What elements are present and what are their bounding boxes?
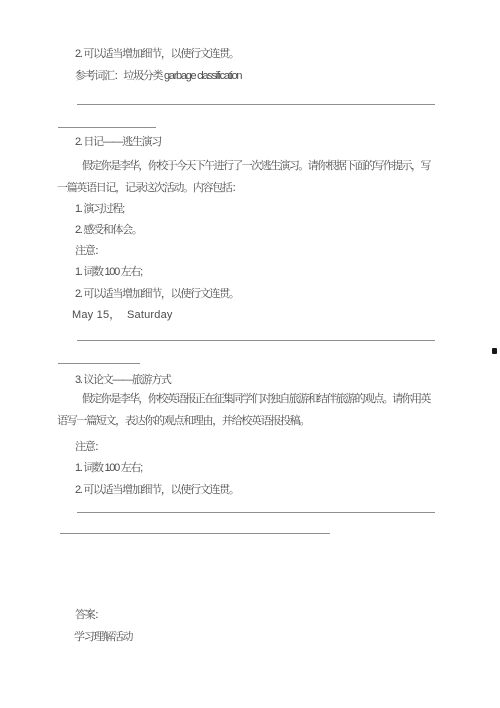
task2-content-point-1: 1. 演习过程; (75, 203, 124, 216)
answers-label: 答案： (75, 609, 104, 622)
stray-ink-dot (492, 348, 497, 354)
task3-heading: 3. 议论文——旅游方式 (75, 374, 171, 387)
document-page: 2. 可以适当增加细节，以使行文连贯。 参考词汇：垃圾分类 garbage cl… (0, 0, 500, 708)
prev-task-note-2: 2. 可以适当增加细节，以使行文连贯。 (75, 48, 239, 61)
task3-intro-line-1: 假定你是李华，你校英语报正在征集同学们对独自旅游和结伴旅游的观点。请你用英 (82, 393, 430, 406)
answer-blank-line (77, 512, 435, 513)
answer-blank-line (58, 363, 140, 364)
answers-section1-title: 学习理解活动 (74, 631, 132, 644)
task3-notes-label: 注意： (75, 441, 104, 454)
task2-heading: 2. 日记——逃生演习 (75, 136, 161, 149)
prev-task-reference-vocabulary: 参考词汇：垃圾分类 garbage classification (75, 70, 241, 83)
task2-notes-label: 注意： (75, 245, 104, 258)
task2-note-1: 1. 词数 100 左右; (75, 266, 142, 279)
answer-blank-line (77, 104, 435, 105)
answer-blank-line (58, 127, 156, 128)
task3-note-2: 2. 可以适当增加细节，以使行文连贯。 (75, 484, 239, 497)
task2-diary-date-line: May 15， Saturday (72, 309, 173, 322)
task2-content-point-2: 2. 感受和体会。 (75, 224, 142, 237)
task2-intro-line-2: 一篇英语日记，记录这次活动。内容包括： (57, 182, 241, 195)
task3-note-1: 1. 词数 100 左右; (75, 462, 142, 475)
task3-intro-line-2: 语写一篇短文，表达你的观点和理由，并给校英语报投稿。 (57, 415, 309, 428)
answer-blank-line (77, 340, 435, 341)
answer-blank-line (60, 533, 330, 534)
task2-note-2: 2. 可以适当增加细节，以使行文连贯。 (75, 288, 239, 301)
task2-intro-line-1: 假定你是李华，你校于今天下午进行了一次逃生演习。请你根据下面的写作提示，写 (82, 160, 430, 173)
